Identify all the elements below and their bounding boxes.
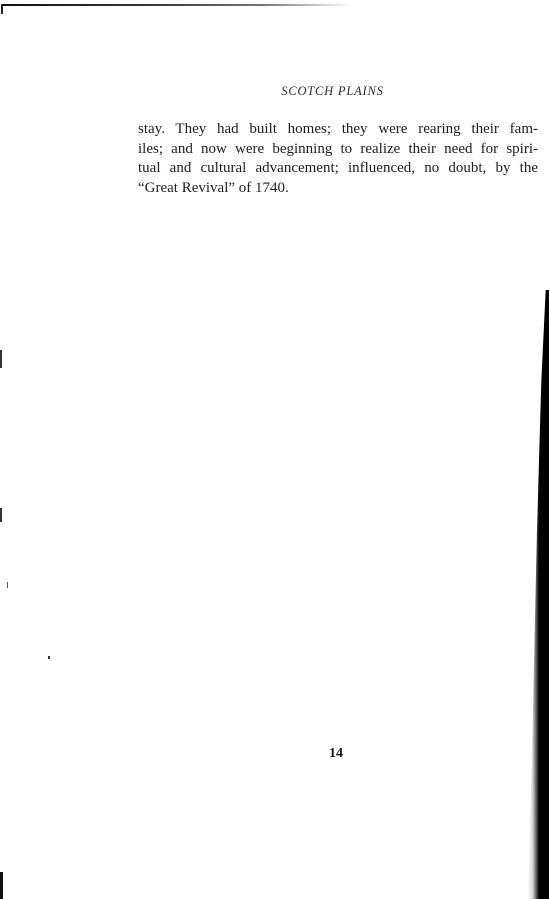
text-line: “Great Revival” of 1740.: [138, 179, 538, 199]
running-head: SCOTCH PLAINS: [138, 84, 537, 99]
text-line: stay. They had built homes; they were re…: [138, 120, 538, 140]
top-edge-rule: [2, 4, 352, 6]
page-edge-shadow: [527, 290, 549, 899]
left-margin-mark: [0, 508, 2, 522]
scan-speck: [48, 656, 50, 659]
running-head-text: SCOTCH PLAINS: [281, 84, 383, 98]
left-margin-mark: [0, 872, 3, 899]
scan-speck: [7, 582, 8, 588]
text-line: iles; and now were beginning to realize …: [138, 140, 538, 160]
page-number: 14: [324, 746, 348, 762]
text-line: tual and cultural advancement; influence…: [138, 159, 538, 179]
body-paragraph: stay. They had built homes; they were re…: [138, 120, 538, 199]
top-edge-tick: [1, 4, 3, 14]
left-margin-mark: [0, 350, 2, 368]
